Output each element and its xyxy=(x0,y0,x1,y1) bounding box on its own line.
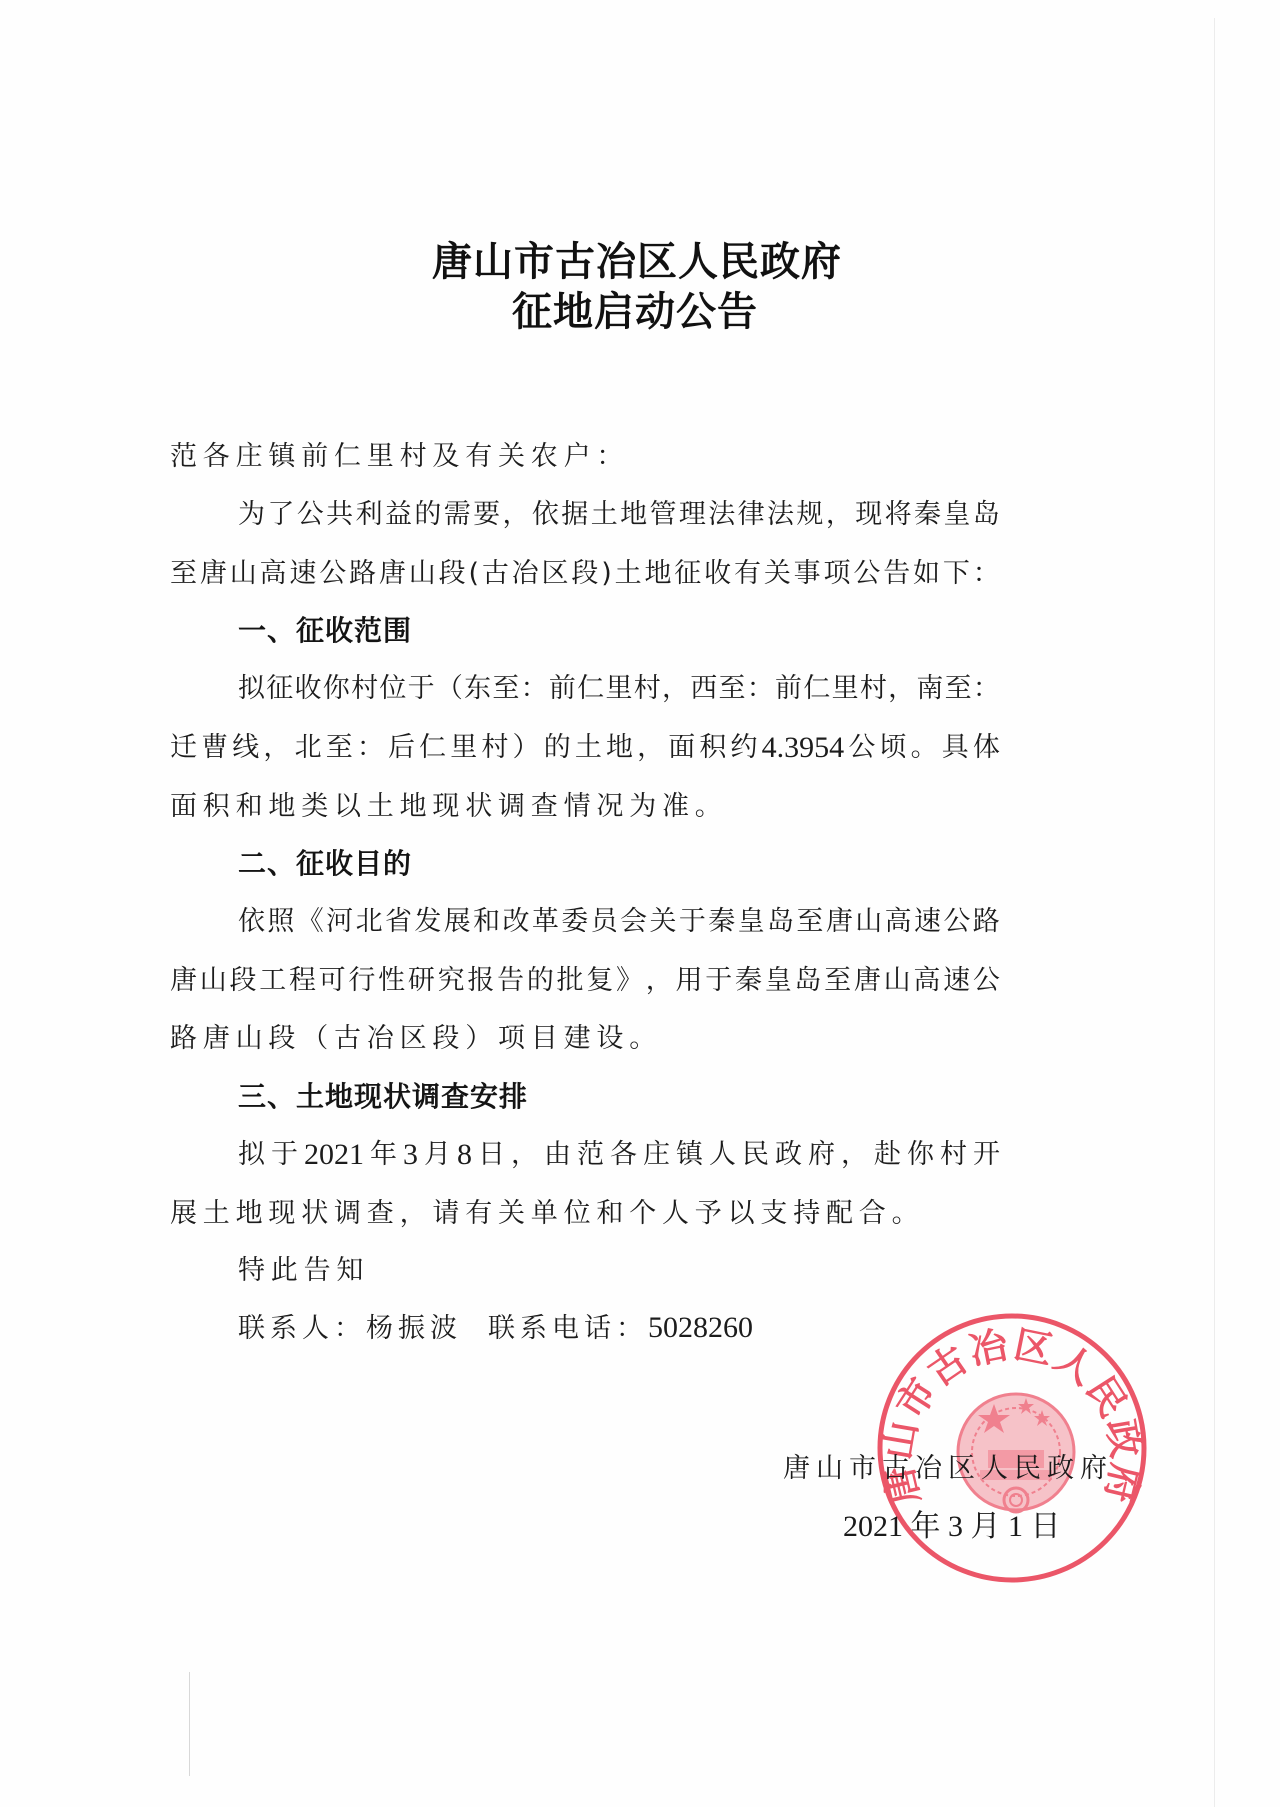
contact-phone-label: 联系电话： xyxy=(488,1313,648,1344)
intro-line-2: 至唐山高速公路唐山段(古冶区段)土地征收有关事项公告如下： xyxy=(170,557,1000,591)
section-purpose-line-3: 路唐山段（古冶区段）项目建设。 xyxy=(170,1022,662,1056)
issue-date: 2021 年 3 月 1 日 xyxy=(843,1510,1061,1545)
document-title-line-2: 征地启动公告 xyxy=(0,288,1275,336)
contact-phone: 5028260 xyxy=(648,1311,753,1344)
section-scope-line-3: 面积和地类以土地现状调查情况为准。 xyxy=(170,790,728,824)
section-purpose-line-2: 唐山段工程可行性研究报告的批复》，用于秦皇岛至唐山高速公 xyxy=(170,964,1000,998)
section-purpose-line-1: 依照《河北省发展和改革委员会关于秦皇岛至唐山高速公路 xyxy=(238,905,1000,939)
section-heading-purpose: 二、征收目的 xyxy=(238,847,412,881)
contact-person: 杨振波 xyxy=(366,1313,462,1344)
section-scope-line-2: 迁曹线，北至：后仁里村）的土地，面积约4.3954公顷。具体 xyxy=(170,731,1000,765)
section-heading-survey: 三、土地现状调查安排 xyxy=(238,1080,528,1114)
scan-edge-line xyxy=(1214,18,1215,1807)
section-heading-scope: 一、征收范围 xyxy=(238,614,412,648)
document-title-line-1: 唐山市古冶区人民政府 xyxy=(0,238,1277,286)
closing-text: 特此告知 xyxy=(238,1254,369,1288)
section-survey-line-2: 展土地现状调查，请有关单位和个人予以支持配合。 xyxy=(170,1197,924,1231)
document-page: 唐山市古冶区人民政府 征地启动公告 范各庄镇前仁里村及有关农户： 为了公共利益的… xyxy=(0,0,1280,1807)
contact-info: 联系人：杨振波联系电话：5028260 xyxy=(238,1311,753,1346)
issuer-name: 唐山市古冶区人民政府 xyxy=(783,1452,1113,1486)
scan-edge-line xyxy=(189,1672,190,1776)
section-scope-line-1: 拟征收你村位于（东至：前仁里村，西至：前仁里村，南至： xyxy=(238,672,1000,706)
section-survey-line-1: 拟于2021年3月8日，由范各庄镇人民政府，赴你村开 xyxy=(238,1138,1000,1172)
salutation: 范各庄镇前仁里村及有关农户： xyxy=(170,440,629,474)
contact-person-label: 联系人： xyxy=(238,1313,366,1344)
intro-line-1: 为了公共利益的需要，依据土地管理法律法规，现将秦皇岛 xyxy=(238,498,1000,532)
